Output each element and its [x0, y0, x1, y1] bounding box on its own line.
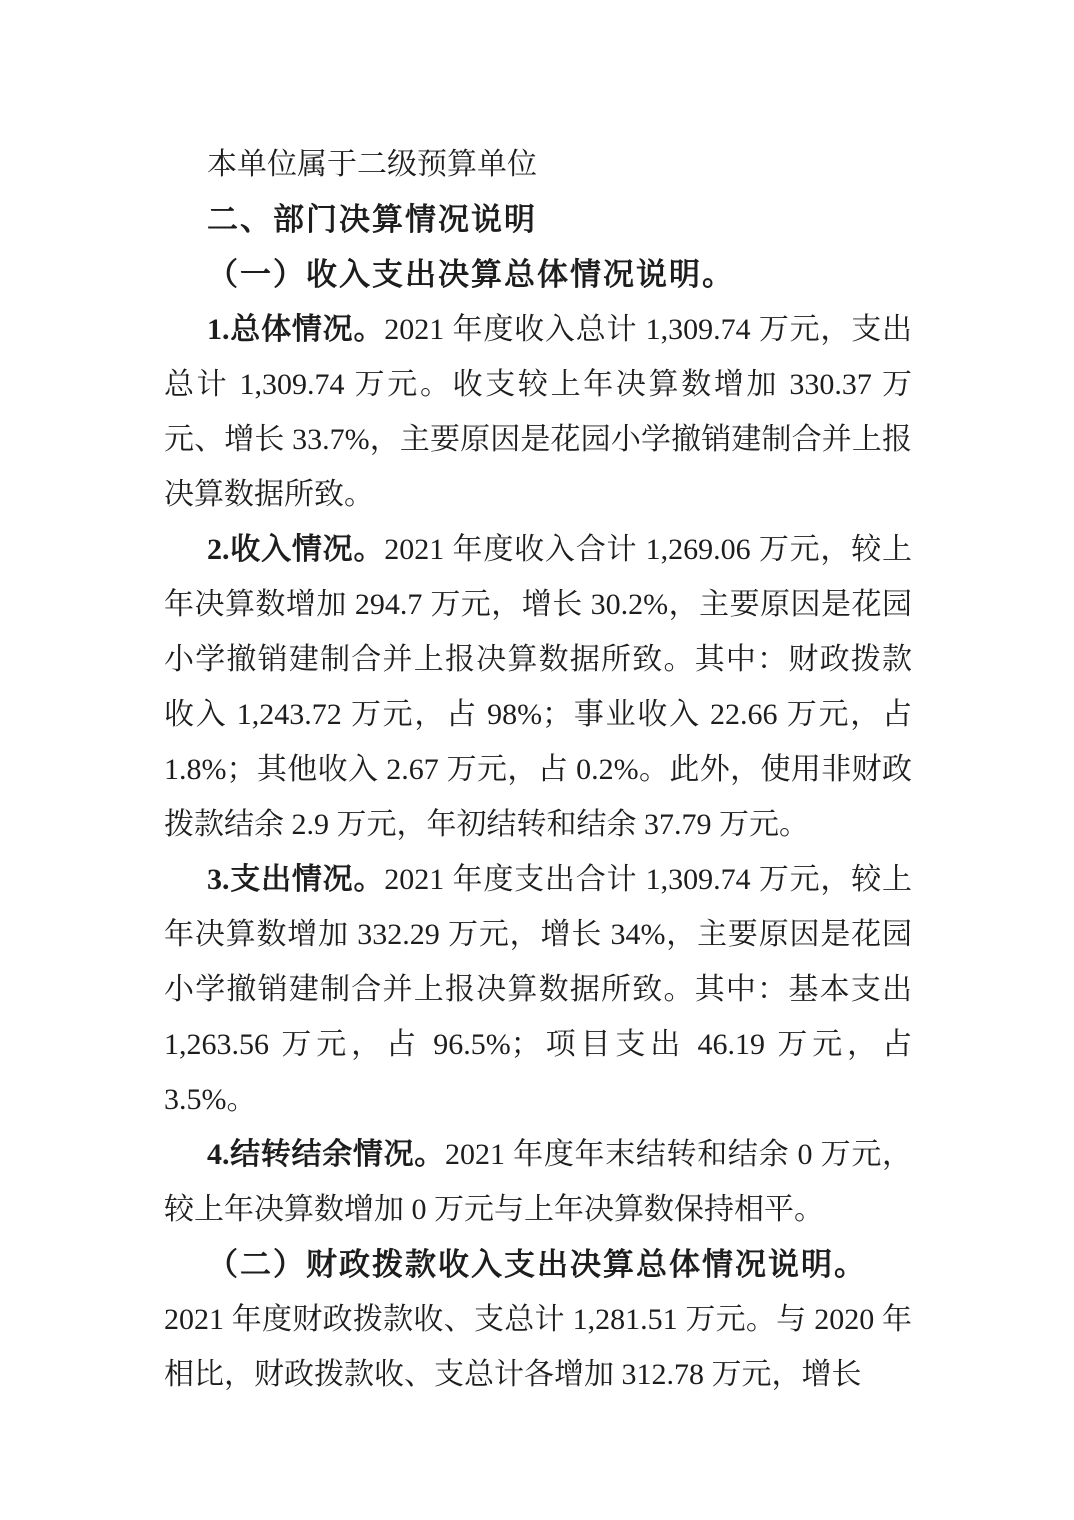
paragraph-lead: 1.总体情况。: [207, 313, 384, 346]
subsection-heading-text: （一）收入支出决算总体情况说明。: [207, 257, 735, 292]
section-heading-text: 二、部门决算情况说明: [207, 202, 537, 237]
subsection-heading-text: （二）财政拨款收入支出决算总体情况说明。: [207, 1247, 867, 1282]
document-page: 本单位属于二级预算单位 二、部门决算情况说明 （一）收入支出决算总体情况说明。 …: [0, 0, 1074, 1520]
paragraph-carryover-situation: 4.结转结余情况。2021 年度年末结转和结余 0 万元，较上年决算数增加 0 …: [164, 1127, 912, 1237]
paragraph-fiscal-appropriation: 2021 年度财政拨款收、支总计 1,281.51 万元。与 2020 年相比，…: [164, 1292, 912, 1402]
intro-line-text: 本单位属于二级预算单位: [207, 148, 537, 181]
paragraph-overall-situation: 1.总体情况。2021 年度收入总计 1,309.74 万元，支出总计 1,30…: [164, 302, 912, 522]
subsection-heading-fiscal-appropriation: （二）财政拨款收入支出决算总体情况说明。: [164, 1237, 912, 1292]
document-body: 本单位属于二级预算单位 二、部门决算情况说明 （一）收入支出决算总体情况说明。 …: [164, 137, 912, 1402]
paragraph-income-situation: 2.收入情况。2021 年度收入合计 1,269.06 万元，较上年决算数增加 …: [164, 522, 912, 852]
paragraph-lead: 4.结转结余情况。: [207, 1138, 445, 1171]
paragraph-text: 2021 年度支出合计 1,309.74 万元，较上年决算数增加 332.29 …: [164, 863, 912, 1116]
paragraph-text: 2021 年度收入合计 1,269.06 万元，较上年决算数增加 294.7 万…: [164, 533, 912, 841]
intro-line: 本单位属于二级预算单位: [164, 137, 912, 192]
paragraph-lead: 3.支出情况。: [207, 863, 384, 896]
section-heading: 二、部门决算情况说明: [164, 192, 912, 247]
paragraph-expenditure-situation: 3.支出情况。2021 年度支出合计 1,309.74 万元，较上年决算数增加 …: [164, 852, 912, 1127]
paragraph-text: 2021 年度财政拨款收、支总计 1,281.51 万元。与 2020 年相比，…: [164, 1303, 912, 1391]
subsection-heading-income-expenditure: （一）收入支出决算总体情况说明。: [164, 247, 912, 302]
paragraph-lead: 2.收入情况。: [207, 533, 384, 566]
